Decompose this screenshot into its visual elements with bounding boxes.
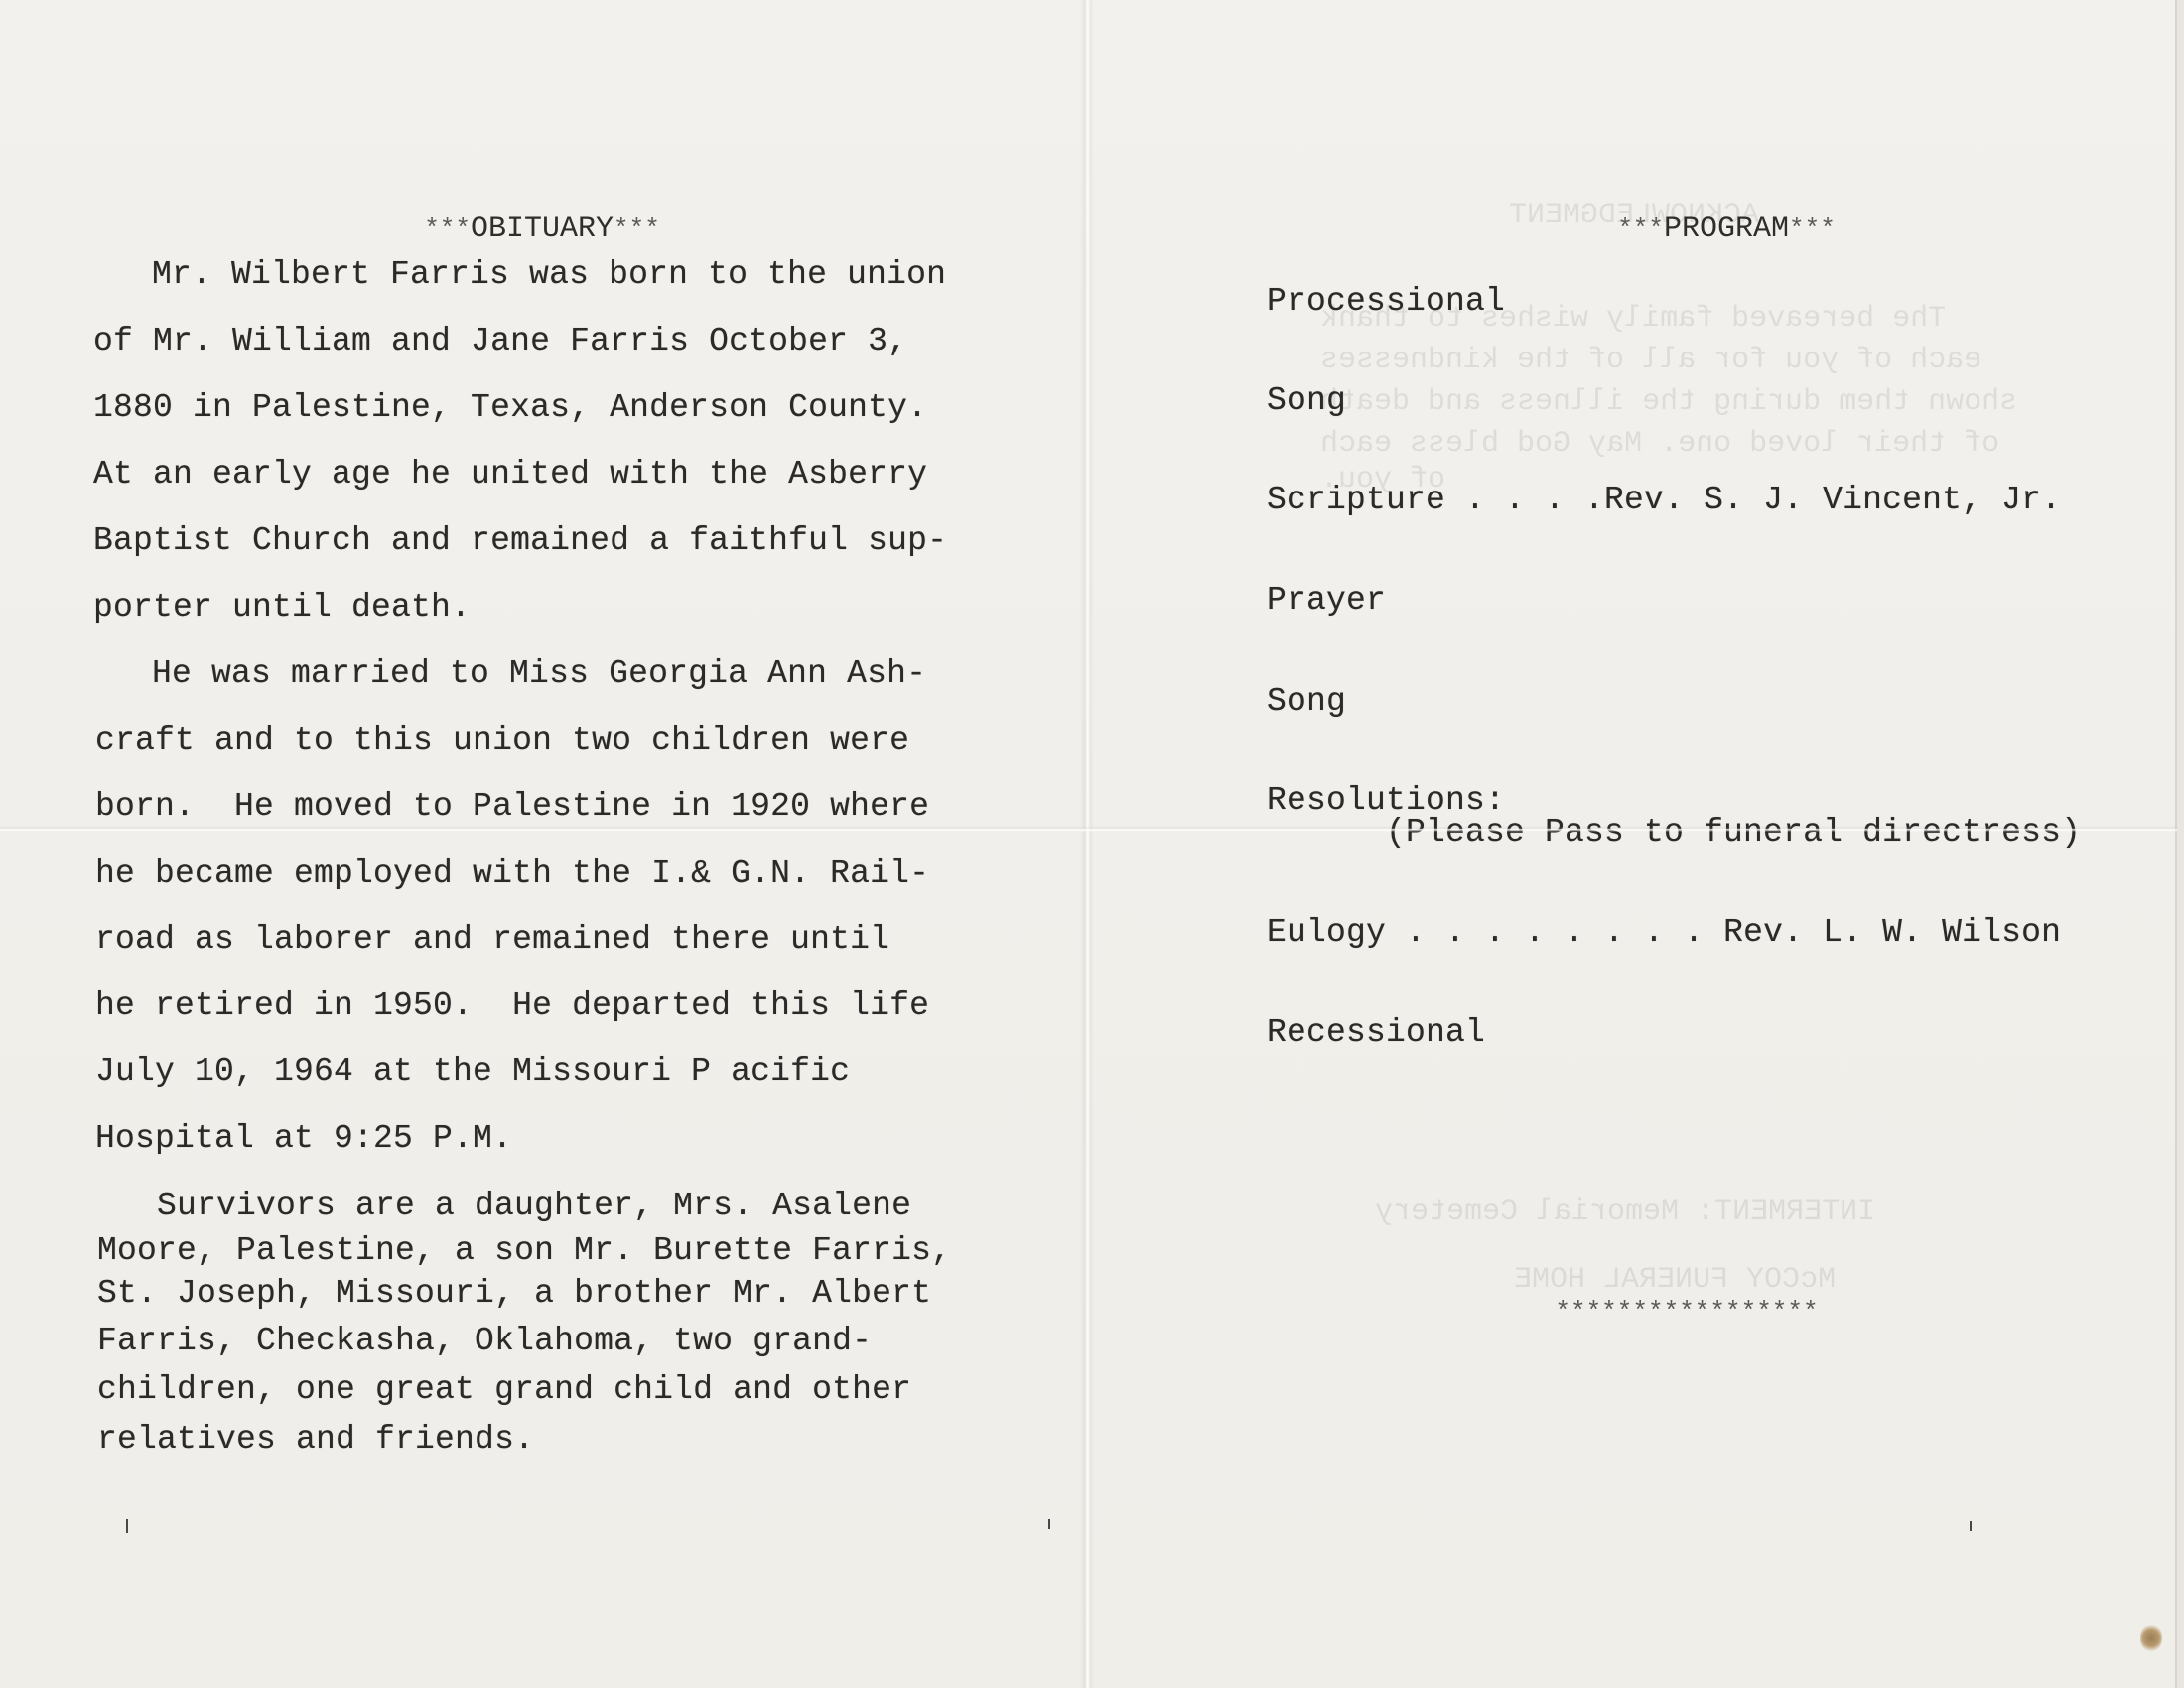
program-item-resolutions-note: (Please Pass to funeral directress): [1386, 816, 2081, 849]
obituary-page: ***OBITUARY*** Mr. Wilbert Farris was bo…: [0, 0, 1086, 1688]
program-item-song: Song: [1267, 384, 1346, 417]
obituary-line: craft and to this union two children wer…: [95, 724, 909, 757]
obituary-line: Moore, Palestine, a son Mr. Burette Farr…: [97, 1234, 951, 1267]
margin-mark: [1970, 1521, 1972, 1531]
obituary-line: 1880 in Palestine, Texas, Anderson Count…: [93, 391, 927, 424]
horizontal-fold: [0, 826, 2177, 832]
obituary-line: Farris, Checkasha, Oklahoma, two grand-: [97, 1325, 872, 1357]
document-sheet: ACKNOWLEDGMENT The bereaved family wishe…: [0, 0, 2177, 1688]
obituary-line: he retired in 1950. He departed this lif…: [95, 989, 929, 1022]
obituary-line: Mr. Wilbert Farris was born to the union: [152, 258, 946, 291]
program-item-processional: Processional: [1267, 285, 1505, 318]
obituary-line: of Mr. William and Jane Farris October 3…: [93, 325, 907, 357]
obituary-line: porter until death.: [93, 591, 471, 624]
obituary-line: Hospital at 9:25 P.M.: [95, 1122, 512, 1155]
asterisk-ornament-icon: ***: [1789, 214, 1836, 244]
asterisk-ornament-icon: ***: [1617, 214, 1664, 244]
margin-mark: [1048, 1519, 1050, 1529]
obituary-line: children, one great grand child and othe…: [97, 1373, 911, 1406]
program-item-eulogy: Eulogy . . . . . . . . Rev. L. W. Wilson: [1267, 916, 2061, 949]
program-heading: ***PROGRAM***: [1510, 185, 1836, 274]
obituary-line: St. Joseph, Missouri, a brother Mr. Albe…: [97, 1277, 931, 1310]
obituary-line: Survivors are a daughter, Mrs. Asalene: [157, 1190, 911, 1222]
obituary-line: He was married to Miss Georgia Ann Ash-: [152, 657, 926, 690]
asterisk-ornament-icon: ***: [614, 214, 660, 244]
program-title: PROGRAM: [1664, 212, 1789, 246]
asterisk-divider: *****************: [1555, 1299, 1818, 1325]
obituary-line: Baptist Church and remained a faithful s…: [93, 524, 947, 557]
obituary-title: OBITUARY: [471, 212, 614, 246]
program-item-scripture: Scripture . . . .Rev. S. J. Vincent, Jr.: [1267, 484, 2061, 516]
program-item-song: Song: [1267, 685, 1346, 718]
obituary-line: At an early age he united with the Asber…: [93, 458, 927, 491]
program-page: ***PROGRAM*** Processional Song Scriptur…: [1086, 0, 2177, 1688]
program-item-prayer: Prayer: [1267, 584, 1386, 617]
program-item-recessional: Recessional: [1267, 1016, 1485, 1049]
paper-stain: [2140, 1624, 2162, 1652]
obituary-line: born. He moved to Palestine in 1920 wher…: [95, 790, 929, 823]
obituary-line: he became employed with the I.& G.N. Rai…: [95, 857, 929, 890]
obituary-line: road as laborer and remained there until: [95, 923, 889, 956]
obituary-line: relatives and friends.: [97, 1423, 534, 1456]
asterisk-ornament-icon: ***: [424, 214, 471, 244]
margin-mark: [126, 1519, 128, 1533]
obituary-line: July 10, 1964 at the Missouri P acific: [95, 1055, 850, 1088]
vertical-fold: [1080, 0, 1094, 1688]
program-item-resolutions: Resolutions:: [1267, 784, 1505, 817]
